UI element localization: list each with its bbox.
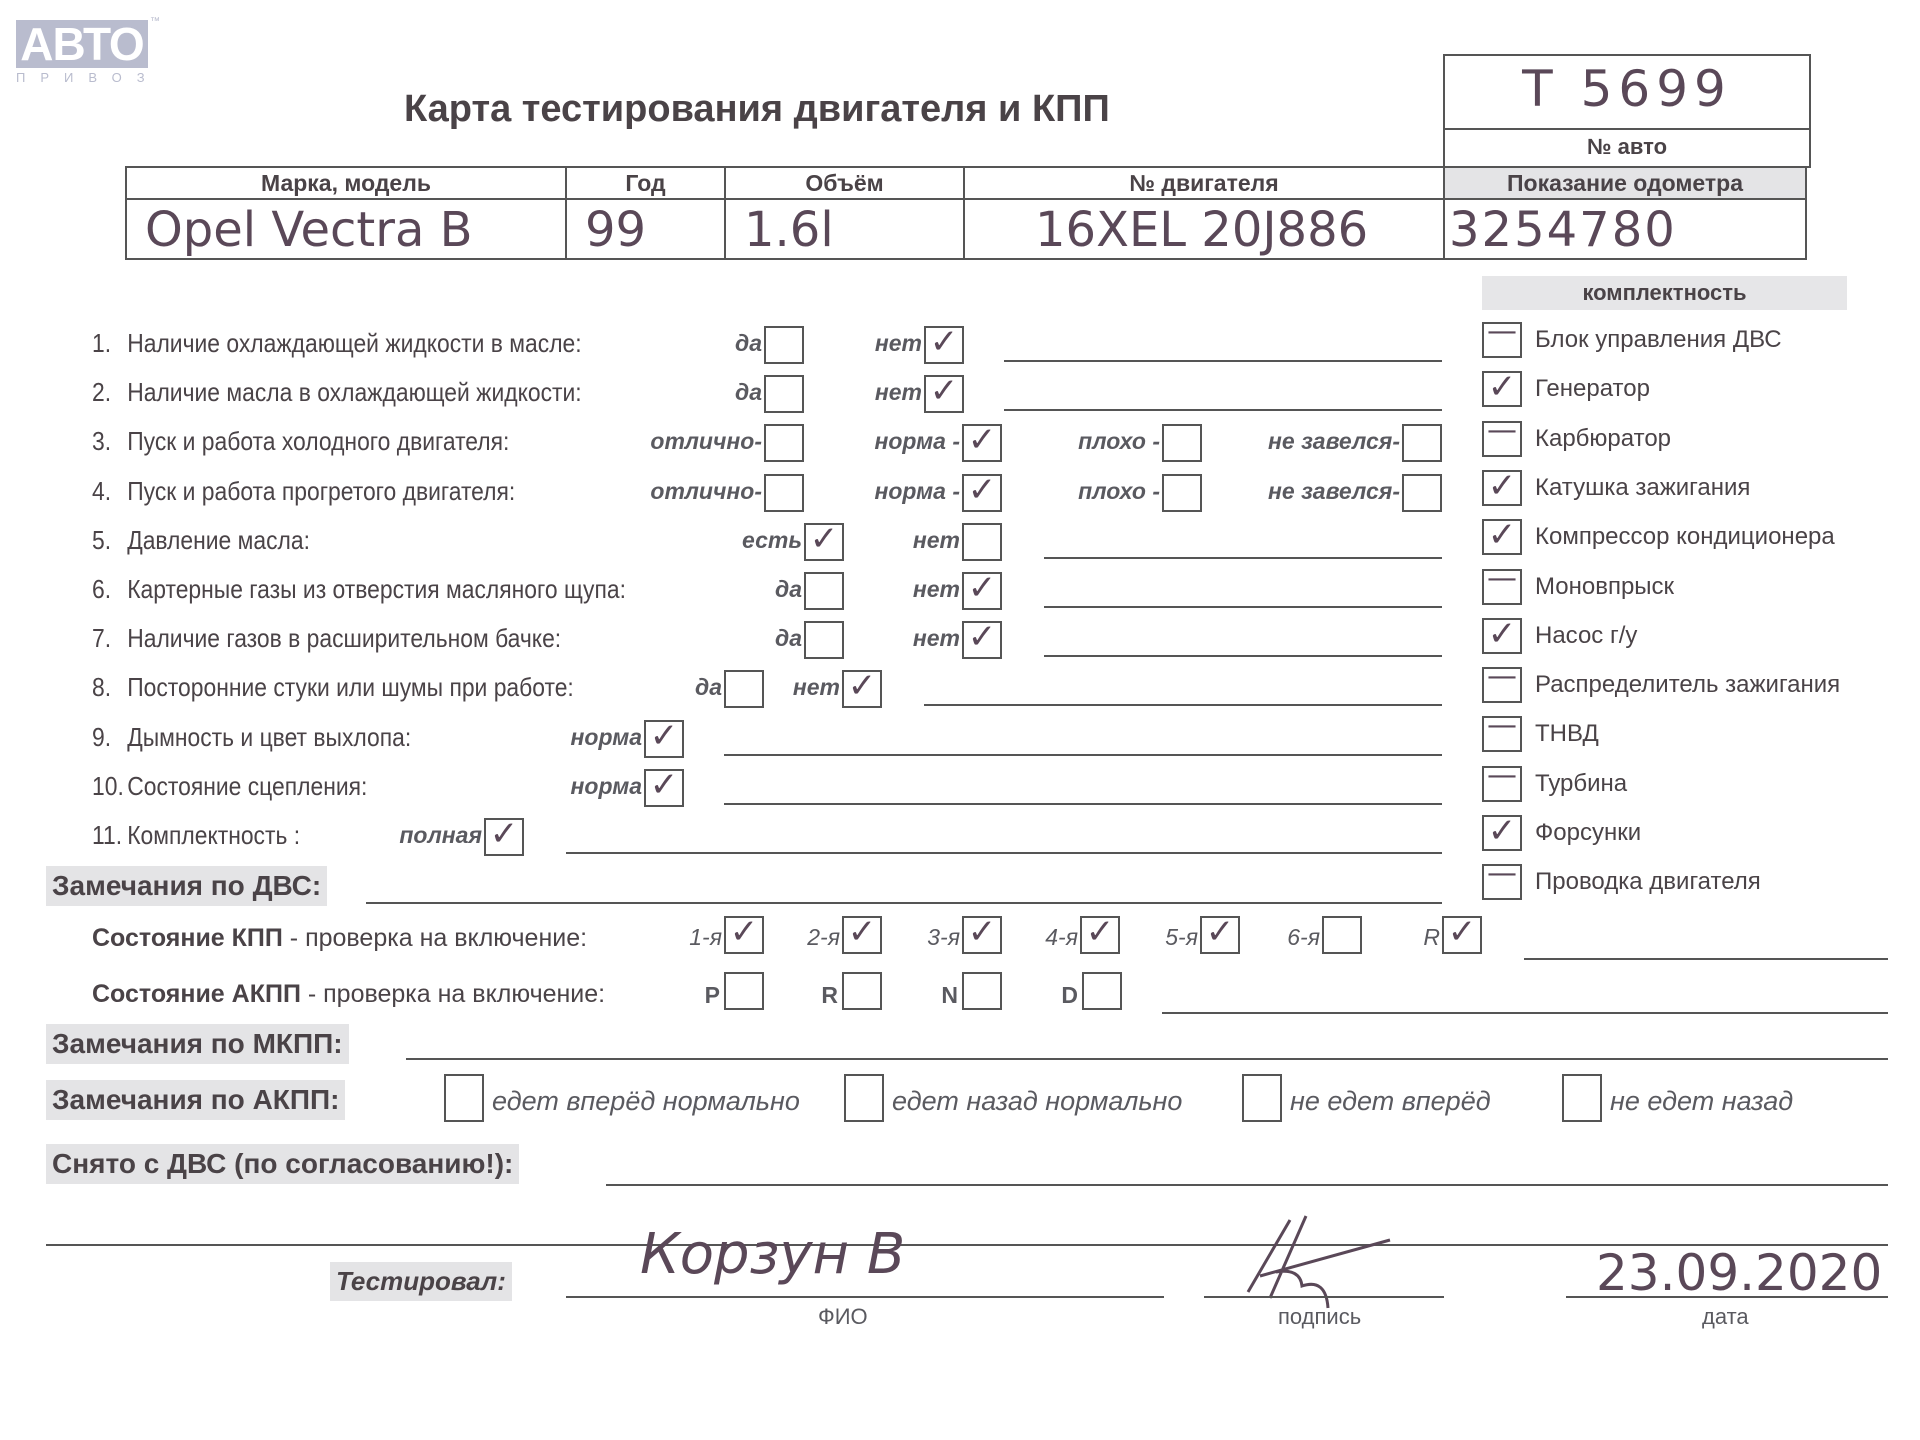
kpp-label: Состояние КПП - проверка на включение: (92, 924, 587, 953)
check-mark-icon: ✓ (844, 912, 880, 952)
question-text: Дымность и цвет выхлопа: (127, 722, 411, 752)
question-number: 9. (92, 722, 127, 753)
kpp-label-bold: Состояние КПП (92, 924, 283, 952)
option-label: да (695, 674, 722, 701)
option-checkbox[interactable]: ✓ (484, 818, 524, 856)
kpp-gear-checkbox[interactable]: ✓ (842, 916, 882, 954)
option-checkbox[interactable]: ✓ (804, 523, 844, 561)
question-label: 7.Наличие газов в расширительном бачке: (92, 623, 561, 654)
option-checkbox[interactable]: ✓ (842, 670, 882, 708)
question-label: 5.Давление масла: (92, 525, 310, 556)
option-label: нет (913, 527, 960, 554)
akpp-gear-label: P (705, 982, 720, 1009)
question-text: Посторонние стуки или шумы при работе: (127, 672, 574, 702)
question-number: 5. (92, 525, 127, 556)
date-line (1566, 1296, 1888, 1298)
komplektnost-item-label: Блок управления ДВС (1535, 326, 1782, 354)
col-header: Марка, модель (127, 168, 565, 200)
question-remark-input[interactable] (1044, 655, 1442, 657)
kpp-gear-label: 1-я (689, 924, 722, 951)
question-label: 1.Наличие охлаждающей жидкости в масле: (92, 328, 582, 359)
option-checkbox[interactable]: ✓ (924, 375, 964, 413)
question-number: 6. (92, 574, 127, 605)
akpp-label-rest: - проверка на включение: (301, 980, 605, 1008)
check-mark-icon: ✓ (1484, 614, 1520, 654)
question-remark-input[interactable] (1044, 557, 1442, 559)
check-mark-icon: — (1484, 314, 1520, 349)
option-label: да (735, 330, 762, 357)
komplektnost-item-label: Карбюратор (1535, 425, 1671, 453)
question-number: 7. (92, 623, 127, 654)
option-label: да (735, 379, 762, 406)
option-label: нет (875, 330, 922, 357)
komplektnost-checkbox[interactable]: — (1482, 322, 1522, 358)
akpp-label: Состояние АКПП - проверка на включение: (92, 980, 605, 1009)
option-label: есть (742, 527, 802, 554)
car-number-value[interactable]: T 5699 (1445, 60, 1809, 124)
akpp-remark-checkbox[interactable] (1562, 1074, 1602, 1122)
option-label: плохо - (1078, 478, 1160, 505)
option-label: нет (793, 674, 840, 701)
question-text: Наличие масла в охлаждающей жидкости: (127, 377, 581, 407)
col-header: № двигателя (965, 168, 1443, 200)
kpp-gear-label: R (1423, 924, 1440, 951)
komplektnost-checkbox[interactable]: — (1482, 569, 1522, 605)
kpp-gear-checkbox[interactable]: ✓ (1080, 916, 1120, 954)
question-label: 6.Картерные газы из отверстия масляного … (92, 574, 626, 605)
question-remark-input[interactable] (1004, 409, 1442, 411)
option-label: отлично- (650, 428, 762, 455)
komplektnost-item-label: ТНВД (1535, 720, 1599, 748)
option-label: отлично- (650, 478, 762, 505)
date-caption: дата (1702, 1304, 1749, 1330)
question-text: Пуск и работа прогретого двигателя: (127, 476, 515, 506)
komplektnost-checkbox[interactable]: ✓ (1482, 519, 1522, 555)
kpp-gear-label: 4-я (1045, 924, 1078, 951)
name-caption: ФИО (818, 1304, 868, 1330)
komplektnost-checkbox[interactable]: — (1482, 864, 1522, 900)
tester-name-value[interactable]: Корзун В (640, 1222, 905, 1287)
option-checkbox[interactable] (1162, 424, 1202, 462)
komplektnost-checkbox[interactable]: ✓ (1482, 618, 1522, 654)
col-odometer: Показание одометра 3254780 (1445, 168, 1805, 258)
kpp-label-rest: - проверка на включение: (283, 924, 587, 952)
removed-label: Снято с ДВС (по согласованию!): (46, 1144, 519, 1184)
question-label: 2.Наличие масла в охлаждающей жидкости: (92, 377, 582, 408)
komplektnost-item-label: Насос г/у (1535, 622, 1637, 650)
kpp-gear-label: 6-я (1287, 924, 1320, 951)
option-checkbox[interactable]: ✓ (962, 621, 1002, 659)
komplektnost-checkbox[interactable]: — (1482, 421, 1522, 457)
option-label: нет (913, 625, 960, 652)
akpp-gear-checkbox[interactable] (842, 972, 882, 1010)
check-mark-icon: ✓ (964, 568, 1000, 608)
check-mark-icon: ✓ (964, 617, 1000, 657)
check-mark-icon: ✓ (1202, 912, 1238, 952)
akpp-gear-label: R (821, 982, 838, 1009)
date-value[interactable]: 23.09.2020 (1596, 1244, 1882, 1302)
remarks-dvs-label: Замечания по ДВС: (46, 866, 327, 906)
col-header: Год (567, 168, 724, 200)
akpp-remark-input[interactable] (1162, 1012, 1888, 1014)
question-remark-input[interactable] (1044, 606, 1442, 608)
question-remark-input[interactable] (724, 754, 1442, 756)
option-checkbox[interactable] (1402, 424, 1442, 462)
option-checkbox[interactable] (1402, 474, 1442, 512)
vehicle-info-table: Марка, модель Opel Vectra B Год 99 Объём… (125, 166, 1807, 260)
akpp-gear-label: D (1061, 982, 1078, 1009)
question-number: 10. (92, 771, 127, 802)
check-mark-icon: ✓ (964, 420, 1000, 460)
divider (1445, 128, 1809, 130)
option-checkbox[interactable]: ✓ (962, 424, 1002, 462)
check-mark-icon: ✓ (926, 322, 962, 362)
col-year: Год 99 (567, 168, 726, 258)
question-number: 3. (92, 426, 127, 457)
check-mark-icon: ✓ (806, 519, 842, 559)
tested-by-label: Тестировал: (330, 1262, 512, 1301)
col-volume: Объём 1.6l (726, 168, 965, 258)
question-remark-input[interactable] (1004, 360, 1442, 362)
option-checkbox[interactable] (1162, 474, 1202, 512)
option-checkbox[interactable]: ✓ (644, 769, 684, 807)
option-checkbox[interactable]: ✓ (962, 474, 1002, 512)
question-remark-input[interactable] (724, 803, 1442, 805)
col-header: Объём (726, 168, 963, 200)
option-checkbox[interactable]: ✓ (962, 572, 1002, 610)
check-mark-icon: ✓ (844, 666, 880, 706)
check-mark-icon: ✓ (964, 912, 1000, 952)
remarks-mkpp-label: Замечания по МКПП: (46, 1024, 349, 1064)
check-mark-icon: — (1484, 561, 1520, 596)
year-field[interactable]: 99 (567, 200, 724, 260)
question-remark-input[interactable] (924, 704, 1442, 706)
question-text: Давление масла: (127, 525, 310, 555)
make-model-field[interactable]: Opel Vectra B (127, 200, 565, 260)
akpp-gear-checkbox[interactable] (724, 972, 764, 1010)
question-text: Состояние сцепления: (127, 771, 367, 801)
option-checkbox[interactable] (804, 621, 844, 659)
option-label: нет (913, 576, 960, 603)
option-checkbox[interactable] (764, 326, 804, 364)
komplektnost-item-label: Генератор (1535, 375, 1650, 403)
komplektnost-item-label: Турбина (1535, 770, 1627, 798)
check-mark-icon: ✓ (1484, 515, 1520, 555)
logo: АВТО (16, 20, 148, 68)
akpp-gear-checkbox[interactable] (1082, 972, 1122, 1010)
check-mark-icon: ✓ (964, 470, 1000, 510)
question-number: 11. (92, 820, 127, 851)
check-mark-icon: ✓ (646, 765, 682, 805)
page-title: Карта тестирования двигателя и КПП (404, 88, 1110, 131)
remarks-mkpp-input[interactable] (406, 1058, 1888, 1060)
akpp-remark-label: не едет назад (1610, 1086, 1793, 1117)
question-text: Наличие газов в расширительном бачке: (127, 623, 561, 653)
check-mark-icon: ✓ (926, 371, 962, 411)
komplektnost-checkbox[interactable]: — (1482, 716, 1522, 752)
option-label: не завелся- (1268, 428, 1400, 455)
remarks-akpp-label: Замечания по АКПП: (46, 1080, 345, 1120)
kpp-gear-checkbox[interactable]: ✓ (1200, 916, 1240, 954)
option-checkbox[interactable] (764, 375, 804, 413)
akpp-remark-checkbox[interactable] (444, 1074, 484, 1122)
kpp-remark-input[interactable] (1524, 958, 1888, 960)
komplektnost-item-label: Компрессор кондиционера (1535, 523, 1835, 551)
option-checkbox[interactable] (962, 523, 1002, 561)
logo-trademark: ™ (150, 16, 160, 27)
komplektnost-checkbox[interactable]: — (1482, 766, 1522, 802)
komplektnost-item-label: Проводка двигателя (1535, 868, 1761, 896)
komplektnost-checkbox[interactable]: ✓ (1482, 371, 1522, 407)
signature-line (1204, 1296, 1444, 1298)
question-text: Картерные газы из отверстия масляного щу… (127, 574, 626, 604)
col-header: Показание одометра (1445, 168, 1805, 200)
tester-name-line (566, 1296, 1164, 1298)
kpp-gear-label: 3-я (927, 924, 960, 951)
question-label: 9.Дымность и цвет выхлопа: (92, 722, 411, 753)
check-mark-icon: ✓ (1484, 811, 1520, 851)
option-label: не завелся- (1268, 478, 1400, 505)
akpp-remark-label: едет назад нормально (892, 1086, 1182, 1117)
car-number-label: № авто (1445, 134, 1809, 160)
question-number: 1. (92, 328, 127, 359)
kpp-gear-checkbox[interactable] (1322, 916, 1362, 954)
col-make-model: Марка, модель Opel Vectra B (127, 168, 567, 258)
question-label: 3.Пуск и работа холодного двигателя: (92, 426, 509, 457)
option-label: плохо - (1078, 428, 1160, 455)
car-number-box: T 5699 № авто (1443, 54, 1811, 168)
check-mark-icon: ✓ (1082, 912, 1118, 952)
check-mark-icon: — (1484, 856, 1520, 891)
question-text: Наличие охлаждающей жидкости в масле: (127, 328, 581, 358)
option-label: норма (571, 724, 643, 751)
akpp-gear-checkbox[interactable] (962, 972, 1002, 1010)
removed-input[interactable] (606, 1184, 1888, 1186)
question-text: Комплектность : (127, 820, 300, 850)
logo-subtitle: ПРИВОЗ (16, 70, 160, 85)
question-number: 2. (92, 377, 127, 408)
komplektnost-title: комплектность (1482, 276, 1847, 310)
kpp-gear-checkbox[interactable]: ✓ (962, 916, 1002, 954)
option-checkbox[interactable]: ✓ (644, 720, 684, 758)
option-label: норма - (874, 478, 960, 505)
question-remark-input[interactable] (566, 852, 1442, 854)
komplektnost-item-label: Катушка зажигания (1535, 474, 1750, 502)
option-checkbox[interactable] (804, 572, 844, 610)
engine-number-field[interactable]: 16XEL 20J886 (965, 200, 1443, 260)
akpp-remark-label: едет вперёд нормально (492, 1086, 800, 1117)
kpp-gear-checkbox[interactable]: ✓ (1442, 916, 1482, 954)
check-mark-icon: ✓ (646, 716, 682, 756)
check-mark-icon: ✓ (486, 814, 522, 854)
check-mark-icon: ✓ (726, 912, 762, 952)
komplektnost-checkbox[interactable]: ✓ (1482, 815, 1522, 851)
check-mark-icon: — (1484, 659, 1520, 694)
option-label: да (775, 625, 802, 652)
kpp-gear-label: 5-я (1165, 924, 1198, 951)
option-label: да (775, 576, 802, 603)
option-label: полная (399, 822, 482, 849)
question-label: 10.Состояние сцепления: (92, 771, 367, 802)
komplektnost-item-label: Распределитель зажигания (1535, 671, 1840, 699)
check-mark-icon: — (1484, 758, 1520, 793)
option-checkbox[interactable]: ✓ (924, 326, 964, 364)
col-engine-number: № двигателя 16XEL 20J886 (965, 168, 1445, 258)
akpp-label-bold: Состояние АКПП (92, 980, 301, 1008)
option-checkbox[interactable] (724, 670, 764, 708)
question-number: 8. (92, 672, 127, 703)
akpp-remark-checkbox[interactable] (1242, 1074, 1282, 1122)
komplektnost-checkbox[interactable]: ✓ (1482, 470, 1522, 506)
question-label: 11.Комплектность : (92, 820, 300, 851)
option-checkbox[interactable] (764, 474, 804, 512)
signature-caption: подпись (1278, 1304, 1361, 1330)
komplektnost-item-label: Моновпрыск (1535, 573, 1674, 601)
check-mark-icon: — (1484, 708, 1520, 743)
odometer-field[interactable]: 3254780 (1445, 200, 1805, 260)
question-text: Пуск и работа холодного двигателя: (127, 426, 509, 456)
akpp-remark-checkbox[interactable] (844, 1074, 884, 1122)
kpp-gear-label: 2-я (807, 924, 840, 951)
akpp-remark-label: не едет вперёд (1290, 1086, 1491, 1117)
option-checkbox[interactable] (764, 424, 804, 462)
volume-field[interactable]: 1.6l (726, 200, 963, 260)
akpp-gear-label: N (941, 982, 958, 1009)
question-label: 4.Пуск и работа прогретого двигателя: (92, 476, 515, 507)
option-label: нет (875, 379, 922, 406)
option-label: норма (571, 773, 643, 800)
check-mark-icon: ✓ (1484, 367, 1520, 407)
remarks-dvs-input[interactable] (366, 902, 1442, 904)
check-mark-icon: — (1484, 413, 1520, 448)
check-mark-icon: ✓ (1484, 466, 1520, 506)
question-number: 4. (92, 476, 127, 507)
option-label: норма - (874, 428, 960, 455)
check-mark-icon: ✓ (1444, 912, 1480, 952)
komplektnost-checkbox[interactable]: — (1482, 667, 1522, 703)
kpp-gear-checkbox[interactable]: ✓ (724, 916, 764, 954)
question-label: 8.Посторонние стуки или шумы при работе: (92, 672, 574, 703)
komplektnost-item-label: Форсунки (1535, 819, 1641, 847)
